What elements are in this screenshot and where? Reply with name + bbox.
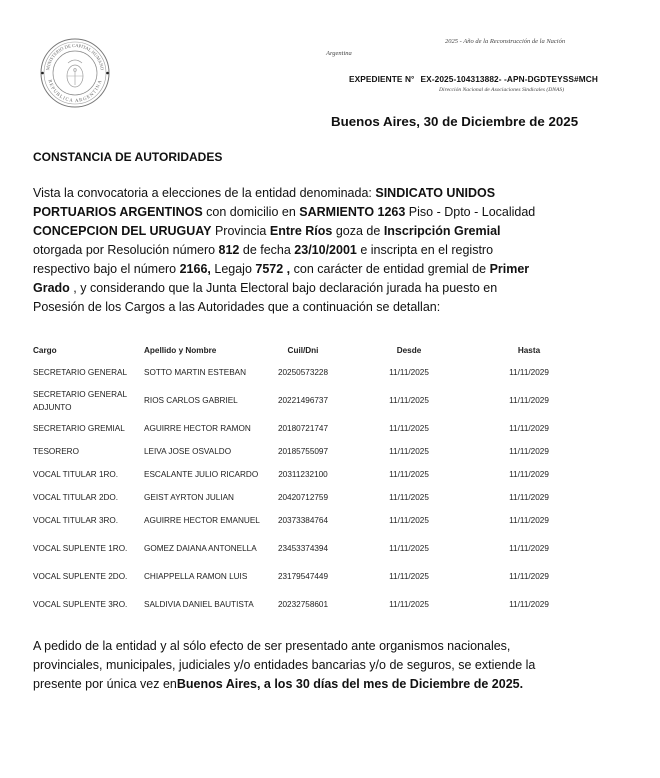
cell-hasta: 11/11/2029 xyxy=(474,563,584,591)
entity-name-cont: PORTUARIOS ARGENTINOS xyxy=(33,205,203,219)
cell-cuil: 20232758601 xyxy=(262,591,344,619)
cell-nombre: AGUIRRE HECTOR RAMON xyxy=(144,415,262,443)
cell-cuil: 20373384764 xyxy=(262,507,344,535)
cell-cuil: 20221496737 xyxy=(262,387,344,415)
intro-text: Vista la convocatoria a elecciones de la… xyxy=(33,186,375,200)
intro-text: con carácter de entidad gremial de xyxy=(290,262,489,276)
document-title: CONSTANCIA DE AUTORIDADES xyxy=(33,150,222,164)
cell-nombre: LEIVA JOSE OSVALDO xyxy=(144,443,262,461)
intro-paragraph: Vista la convocatoria a elecciones de la… xyxy=(33,184,593,317)
cell-cuil: 20185755097 xyxy=(262,443,344,461)
table-row: SECRETARIO GENERALSOTTO MARTIN ESTEBAN20… xyxy=(33,359,584,387)
cell-cargo: VOCAL SUPLENTE 1RO. xyxy=(33,535,144,563)
table-row: SECRETARIO GREMIALAGUIRRE HECTOR RAMON20… xyxy=(33,415,584,443)
table-row: VOCAL TITULAR 1RO.ESCALANTE JULIO RICARD… xyxy=(33,461,584,489)
closing-line: provinciales, municipales, judiciales y/… xyxy=(33,656,593,675)
cell-hasta: 11/11/2029 xyxy=(474,461,584,489)
intro-text: otorgada por Resolución número xyxy=(33,243,219,257)
header-desde: Desde xyxy=(344,342,474,359)
intro-text: Legajo xyxy=(211,262,255,276)
cell-desde: 11/11/2025 xyxy=(344,489,474,507)
cell-desde: 11/11/2025 xyxy=(344,387,474,415)
cell-nombre: SALDIVIA DANIEL BAUTISTA xyxy=(144,591,262,619)
cell-desde: 11/11/2025 xyxy=(344,563,474,591)
cell-desde: 11/11/2025 xyxy=(344,507,474,535)
cell-nombre: AGUIRRE HECTOR EMANUEL xyxy=(144,507,262,535)
expediente-line: EXPEDIENTE N°EX-2025-104313882- -APN-DGD… xyxy=(349,74,598,84)
cell-nombre: GEIST AYRTON JULIAN xyxy=(144,489,262,507)
legajo-number: 7572 , xyxy=(255,262,290,276)
table-row: TESOREROLEIVA JOSE OSVALDO2018575509711/… xyxy=(33,443,584,461)
closing-paragraph: A pedido de la entidad y al sólo efecto … xyxy=(33,637,593,694)
cell-cuil: 20250573228 xyxy=(262,359,344,387)
cell-cuil: 20311232100 xyxy=(262,461,344,489)
cell-cargo: SECRETARIO GREMIAL xyxy=(33,415,144,443)
cell-cuil: 23179547449 xyxy=(262,563,344,591)
cell-hasta: 11/11/2029 xyxy=(474,415,584,443)
argentine-seal-icon: MINISTERIO DE CAPITAL HUMANO REPUBLICA A… xyxy=(39,37,111,109)
intro-text: , y considerando que la Junta Electoral … xyxy=(70,281,497,295)
intro-text: e inscripta en el registro xyxy=(357,243,493,257)
table-row: VOCAL SUPLENTE 1RO.GOMEZ DAIANA ANTONELL… xyxy=(33,535,584,563)
header-cargo: Cargo xyxy=(33,342,144,359)
cell-desde: 11/11/2025 xyxy=(344,535,474,563)
cell-desde: 11/11/2025 xyxy=(344,461,474,489)
cell-desde: 11/11/2025 xyxy=(344,443,474,461)
cell-cargo: VOCAL SUPLENTE 2DO. xyxy=(33,563,144,591)
table-row: SECRETARIO GENERAL ADJUNTORIOS CARLOS GA… xyxy=(33,387,584,415)
cell-desde: 11/11/2025 xyxy=(344,591,474,619)
closing-place-date: Buenos Aires, a los 30 días del mes de D… xyxy=(177,677,523,691)
cell-hasta: 11/11/2029 xyxy=(474,535,584,563)
cell-hasta: 11/11/2029 xyxy=(474,591,584,619)
registry-number: 2166, xyxy=(180,262,211,276)
direccion-nacional: Dirección Nacional de Asociaciones Sindi… xyxy=(439,87,564,93)
address: SARMIENTO 1263 xyxy=(299,205,405,219)
intro-text: Posesión de los Cargos a las Autoridades… xyxy=(33,300,440,314)
year-motto-continued: Argentina xyxy=(326,50,352,57)
grade: Primer xyxy=(490,262,530,276)
table-row: VOCAL TITULAR 3RO.AGUIRRE HECTOR EMANUEL… xyxy=(33,507,584,535)
cell-cargo: TESORERO xyxy=(33,443,144,461)
intro-text: Piso - Dpto - Localidad xyxy=(405,205,535,219)
cell-nombre: RIOS CARLOS GABRIEL xyxy=(144,387,262,415)
cell-hasta: 11/11/2029 xyxy=(474,359,584,387)
intro-text: de fecha xyxy=(239,243,294,257)
cell-cargo: VOCAL TITULAR 3RO. xyxy=(33,507,144,535)
table-row: VOCAL SUPLENTE 3RO.SALDIVIA DANIEL BAUTI… xyxy=(33,591,584,619)
cell-cargo: VOCAL TITULAR 2DO. xyxy=(33,489,144,507)
grade-cont: Grado xyxy=(33,281,70,295)
cell-nombre: ESCALANTE JULIO RICARDO xyxy=(144,461,262,489)
cell-hasta: 11/11/2029 xyxy=(474,387,584,415)
authorities-table: Cargo Apellido y Nombre Cuil/Dni Desde H… xyxy=(33,342,584,619)
intro-text: goza de xyxy=(332,224,383,238)
intro-text: respectivo bajo el número xyxy=(33,262,180,276)
cell-nombre: GOMEZ DAIANA ANTONELLA xyxy=(144,535,262,563)
header-cuil: Cuil/Dni xyxy=(262,342,344,359)
locality: CONCEPCION DEL URUGUAY xyxy=(33,224,212,238)
closing-line: A pedido de la entidad y al sólo efecto … xyxy=(33,637,593,656)
cell-hasta: 11/11/2029 xyxy=(474,489,584,507)
entity-name: SINDICATO UNIDOS xyxy=(375,186,495,200)
province: Entre Ríos xyxy=(270,224,333,238)
intro-text: con domicilio en xyxy=(203,205,300,219)
cell-cargo: VOCAL SUPLENTE 3RO. xyxy=(33,591,144,619)
cell-desde: 11/11/2025 xyxy=(344,359,474,387)
cell-cuil: 20180721747 xyxy=(262,415,344,443)
resolution-number: 812 xyxy=(219,243,240,257)
inscription-type: Inscripción Gremial xyxy=(384,224,501,238)
table-header-row: Cargo Apellido y Nombre Cuil/Dni Desde H… xyxy=(33,342,584,359)
cell-hasta: 11/11/2029 xyxy=(474,507,584,535)
expediente-label: EXPEDIENTE N° xyxy=(349,74,414,84)
closing-line: presente por única vez en xyxy=(33,677,177,691)
cell-nombre: CHIAPPELLA RAMON LUIS xyxy=(144,563,262,591)
cell-cargo: SECRETARIO GENERAL xyxy=(33,359,144,387)
cell-nombre: SOTTO MARTIN ESTEBAN xyxy=(144,359,262,387)
document-date: Buenos Aires, 30 de Diciembre de 2025 xyxy=(331,114,578,129)
cell-hasta: 11/11/2029 xyxy=(474,443,584,461)
table-row: VOCAL TITULAR 2DO.GEIST AYRTON JULIAN204… xyxy=(33,489,584,507)
cell-cargo: VOCAL TITULAR 1RO. xyxy=(33,461,144,489)
cell-cuil: 23453374394 xyxy=(262,535,344,563)
cell-desde: 11/11/2025 xyxy=(344,415,474,443)
cell-cargo: SECRETARIO GENERAL ADJUNTO xyxy=(33,387,144,415)
header-hasta: Hasta xyxy=(474,342,584,359)
header-nombre: Apellido y Nombre xyxy=(144,342,262,359)
expediente-number: EX-2025-104313882- -APN-DGDTEYSS#MCH xyxy=(420,74,597,84)
intro-text: Provincia xyxy=(212,224,270,238)
table-row: VOCAL SUPLENTE 2DO.CHIAPPELLA RAMON LUIS… xyxy=(33,563,584,591)
resolution-date: 23/10/2001 xyxy=(294,243,357,257)
cell-cuil: 20420712759 xyxy=(262,489,344,507)
year-motto: 2025 - Año de la Reconstrucción de la Na… xyxy=(445,38,565,45)
